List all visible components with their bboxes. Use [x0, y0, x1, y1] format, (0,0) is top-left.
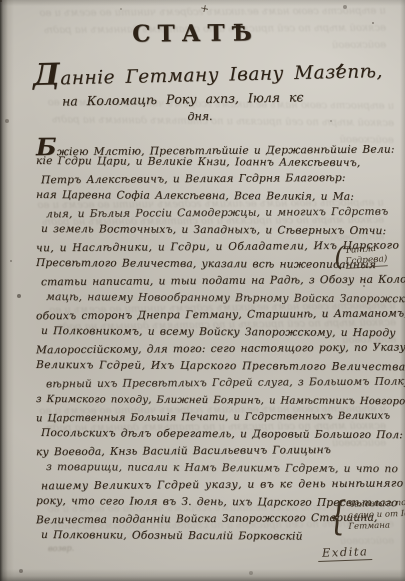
manuscript-photo-page: и вѣрность свою намъ великимъ гсдремъ чи… [0, 0, 405, 581]
faint-smudge: возвр. [48, 544, 74, 553]
margin-note-bracket: { [327, 494, 348, 540]
heading-dedication: Данніе Гетману Івану Мазепѣ, [33, 50, 384, 93]
page-title: СТАТѢ [88, 19, 303, 48]
ink-specks [0, 0, 2, 2]
margin-note-bottom: { Человѣкъ по: слано и от Івана Гетмана [327, 496, 405, 534]
margin-note-line: слано и от Івана [348, 508, 405, 522]
margin-note-line: Гсдрева) [345, 254, 388, 269]
latin-docket: Exdita [318, 544, 373, 562]
margin-note-bracket: ( [333, 242, 345, 273]
invocation-cross-mark: + [199, 1, 211, 16]
manuscript-line: и Полковники, Обозный Василій Борковскій [41, 527, 370, 546]
heading-place-date: на Коломацѣ Року ахпз, Іюля кє [62, 88, 362, 108]
heading-day-word: дня. [150, 110, 250, 123]
manuscript-line: вѣрный ихъ Пресвѣтлыхъ Гсдрей слуга, з Б… [46, 374, 370, 394]
manuscript-body: Бжіею Млстію, Пресвѣтлѣйшіе и Державнѣйш… [36, 137, 370, 545]
margin-note-right: ( Титла Гсдрева) [333, 239, 388, 273]
margin-note-line: Гетмана [348, 519, 405, 533]
